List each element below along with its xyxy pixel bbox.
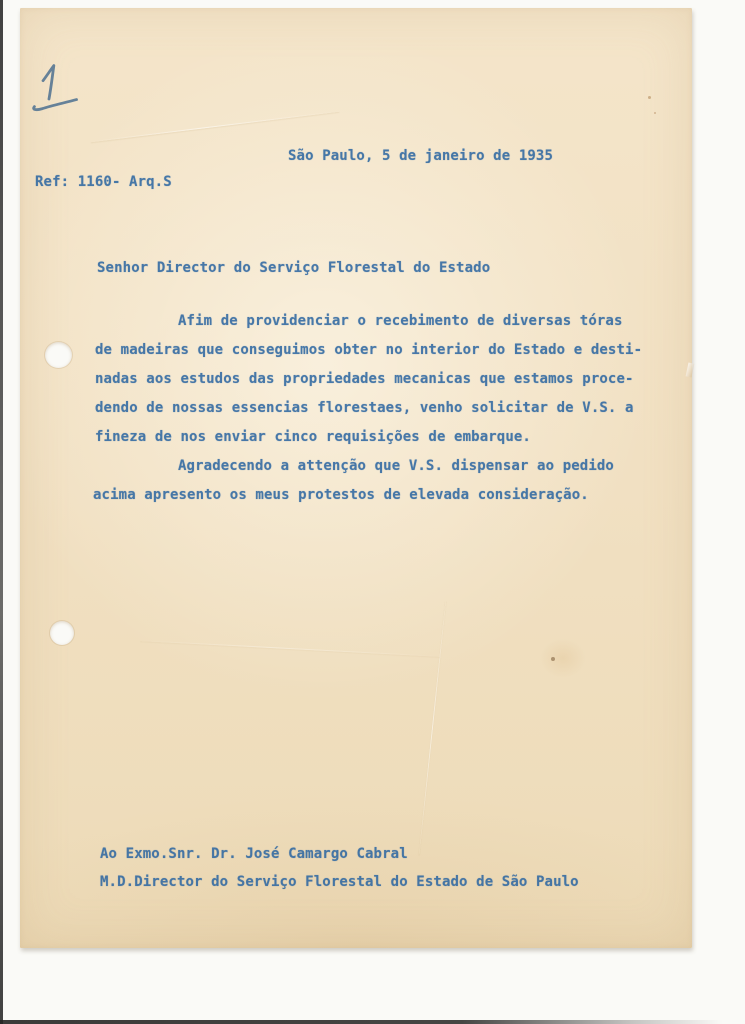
reference-line: Ref: 1160- Arq.S [35,172,172,192]
paper-speck [648,96,651,99]
body-paragraph2-line2: acima apresento os meus protestos de ele… [93,485,589,505]
body-paragraph1-line3: nadas aos estudos das propriedades mecan… [95,369,634,389]
salutation-line: Senhor Director do Serviço Florestal do … [97,258,490,278]
hole-punch-bottom [50,621,74,645]
body-paragraph1-line1: Afim de providenciar o recebimento de di… [178,311,623,331]
letter-paper: São Paulo, 5 de janeiro de 1935 Ref: 116… [20,8,692,948]
body-paragraph2-line1: Agradecendo a attenção que V.S. dispensa… [178,456,614,476]
body-paragraph1-line2: de madeiras que conseguimos obter no int… [95,340,642,360]
paper-speck [551,657,555,661]
scan-edge-left [0,0,3,1024]
scan-edge-bottom [0,1020,745,1024]
paper-crease [91,111,339,142]
date-line: São Paulo, 5 de janeiro de 1935 [288,146,553,166]
paper-stain [540,638,586,678]
body-paragraph1-line4: dendo de nossas essencias florestaes, ve… [95,398,634,418]
scanned-letter: São Paulo, 5 de janeiro de 1935 Ref: 116… [0,0,745,1024]
addressee-name-line: Ao Exmo.Snr. Dr. José Camargo Cabral [100,844,408,864]
paper-edge-nick [686,363,695,378]
paper-crease [419,601,447,855]
paper-speck [654,112,656,114]
paper-crease [140,640,440,657]
body-paragraph1-line5: fineza de nos enviar cinco requisições d… [95,427,531,447]
addressee-title-line: M.D.Director do Serviço Florestal do Est… [100,872,579,892]
handwritten-page-number [30,58,82,112]
hole-punch-top [45,342,72,368]
